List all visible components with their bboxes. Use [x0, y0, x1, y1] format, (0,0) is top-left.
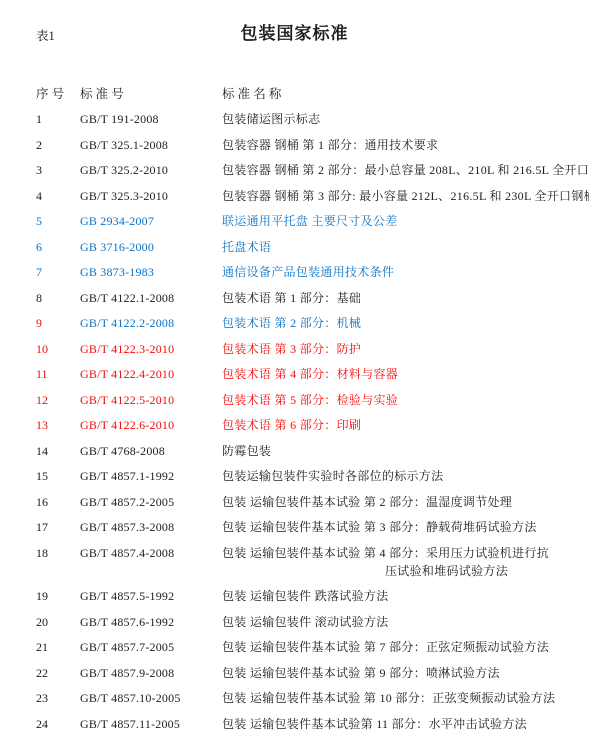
row-name: 包装术语 第 5 部分：检验与实验 [222, 391, 589, 409]
row-code: GB/T 4857.11-2005 [80, 715, 222, 733]
row-index: 8 [36, 289, 80, 307]
table-row: 9 GB/T 4122.2-2008 包装术语 第 2 部分：机械 [36, 314, 589, 332]
row-code: GB/T 4122.3-2010 [80, 340, 222, 358]
table-row: 21 GB/T 4857.7-2005 包装 运输包装件基本试验 第 7 部分：… [36, 638, 589, 656]
row-code: GB 2934-2007 [80, 212, 222, 230]
row-index: 24 [36, 715, 80, 733]
row-index: 2 [36, 136, 80, 154]
row-index: 15 [36, 467, 80, 485]
row-name: 包装 运输包装件基本试验 第 2 部分：温湿度调节处理 [222, 493, 589, 511]
row-code: GB/T 4857.10-2005 [80, 689, 222, 707]
table-row: 12 GB/T 4122.5-2010 包装术语 第 5 部分：检验与实验 [36, 391, 589, 409]
row-name: 联运通用平托盘 主要尺寸及公差 [222, 212, 589, 230]
row-name: 包装容器 钢桶 第 3 部分: 最小容量 212L、216.5L 和 230L … [222, 187, 589, 205]
column-header-code: 标 准 号 [80, 85, 222, 103]
row-name: 包装 运输包装件基本试验 第 10 部分：正弦变频振动试验方法 [222, 689, 589, 707]
page-title: 包装国家标准 [0, 24, 589, 44]
column-header-row: 序 号 标 准 号 标 准 名 称 [36, 85, 583, 103]
row-code: GB 3716-2000 [80, 238, 222, 256]
table-row: 1 GB/T 191-2008 包装储运图示标志 [36, 110, 589, 128]
row-index: 10 [36, 340, 80, 358]
row-name: 包装术语 第 2 部分：机械 [222, 314, 589, 332]
row-code: GB/T 191-2008 [80, 110, 222, 128]
row-code: GB/T 4122.5-2010 [80, 391, 222, 409]
row-code: GB 3873-1983 [80, 263, 222, 281]
row-index: 19 [36, 587, 80, 605]
row-code: GB/T 325.1-2008 [80, 136, 222, 154]
row-name: 通信设备产品包装通用技术条件 [222, 263, 589, 281]
table-row: 16 GB/T 4857.2-2005 包装 运输包装件基本试验 第 2 部分：… [36, 493, 589, 511]
table-row: 22 GB/T 4857.9-2008 包装 运输包装件基本试验 第 9 部分：… [36, 664, 589, 682]
table-row: 18 GB/T 4857.4-2008 包装 运输包装件基本试验 第 4 部分：… [36, 544, 589, 580]
row-name: 包装术语 第 6 部分：印刷 [222, 416, 589, 434]
row-name: 包装容器 钢桶 第 1 部分：通用技术要求 [222, 136, 589, 154]
table-row: 23 GB/T 4857.10-2005 包装 运输包装件基本试验 第 10 部… [36, 689, 589, 707]
row-index: 13 [36, 416, 80, 434]
row-name: 包装储运图示标志 [222, 110, 589, 128]
row-index: 23 [36, 689, 80, 707]
row-index: 22 [36, 664, 80, 682]
row-index: 16 [36, 493, 80, 511]
row-name: 托盘术语 [222, 238, 589, 256]
table-row: 4 GB/T 325.3-2010 包装容器 钢桶 第 3 部分: 最小容量 2… [36, 187, 589, 205]
row-name: 包装 运输包装件 跌落试验方法 [222, 587, 589, 605]
column-header-name: 标 准 名 称 [222, 85, 583, 103]
row-code: GB/T 325.2-2010 [80, 161, 222, 179]
table-row: 14 GB/T 4768-2008 防霉包装 [36, 442, 589, 460]
row-name: 包装容器 钢桶 第 2 部分：最小总容量 208L、210L 和 216.5L … [222, 161, 589, 179]
table-row: 11 GB/T 4122.4-2010 包装术语 第 4 部分：材料与容器 [36, 365, 589, 383]
row-index: 14 [36, 442, 80, 460]
table-row: 8 GB/T 4122.1-2008 包装术语 第 1 部分：基础 [36, 289, 589, 307]
column-header-index: 序 号 [36, 85, 80, 103]
row-index: 20 [36, 613, 80, 631]
row-name: 包装术语 第 1 部分：基础 [222, 289, 589, 307]
document-page: 表1 包装国家标准 序 号 标 准 号 标 准 名 称 1 GB/T 191-2… [0, 0, 589, 748]
row-code: GB/T 4122.4-2010 [80, 365, 222, 383]
row-code: GB/T 4857.5-1992 [80, 587, 222, 605]
row-code: GB/T 4857.4-2008 [80, 544, 222, 562]
row-index: 5 [36, 212, 80, 230]
row-index: 21 [36, 638, 80, 656]
row-code: GB/T 4122.1-2008 [80, 289, 222, 307]
table-row: 5 GB 2934-2007 联运通用平托盘 主要尺寸及公差 [36, 212, 589, 230]
row-name-line2: 压试验和堆码试验方法 [222, 562, 589, 580]
row-name: 包装 运输包装件基本试验 第 7 部分：正弦定频振动试验方法 [222, 638, 589, 656]
standards-table-body: 1 GB/T 191-2008 包装储运图示标志 2 GB/T 325.1-20… [36, 110, 589, 740]
row-name: 包装术语 第 4 部分：材料与容器 [222, 365, 589, 383]
row-code: GB/T 4122.2-2008 [80, 314, 222, 332]
row-index: 4 [36, 187, 80, 205]
row-name: 包装 运输包装件基本试验 第 4 部分：采用压力试验机进行抗压试验和堆码试验方法 [222, 544, 589, 580]
row-name: 包装运输包装件实验时各部位的标示方法 [222, 467, 589, 485]
table-row: 2 GB/T 325.1-2008 包装容器 钢桶 第 1 部分：通用技术要求 [36, 136, 589, 154]
table-row: 3 GB/T 325.2-2010 包装容器 钢桶 第 2 部分：最小总容量 2… [36, 161, 589, 179]
row-code: GB/T 4857.2-2005 [80, 493, 222, 511]
table-row: 10 GB/T 4122.3-2010 包装术语 第 3 部分：防护 [36, 340, 589, 358]
row-index: 11 [36, 365, 80, 383]
row-index: 6 [36, 238, 80, 256]
row-index: 18 [36, 544, 80, 562]
table-row: 20 GB/T 4857.6-1992 包装 运输包装件 滚动试验方法 [36, 613, 589, 631]
row-name: 包装术语 第 3 部分：防护 [222, 340, 589, 358]
row-name: 包装 运输包装件基本试验 第 3 部分：静载荷堆码试验方法 [222, 518, 589, 536]
table-row: 24 GB/T 4857.11-2005 包装 运输包装件基本试验第 11 部分… [36, 715, 589, 733]
row-code: GB/T 4857.6-1992 [80, 613, 222, 631]
table-row: 6 GB 3716-2000 托盘术语 [36, 238, 589, 256]
table-row: 19 GB/T 4857.5-1992 包装 运输包装件 跌落试验方法 [36, 587, 589, 605]
row-index: 17 [36, 518, 80, 536]
row-code: GB/T 4857.9-2008 [80, 664, 222, 682]
table-row: 13 GB/T 4122.6-2010 包装术语 第 6 部分：印刷 [36, 416, 589, 434]
row-index: 9 [36, 314, 80, 332]
row-name: 包装 运输包装件基本试验 第 9 部分：喷淋试验方法 [222, 664, 589, 682]
table-row: 15 GB/T 4857.1-1992 包装运输包装件实验时各部位的标示方法 [36, 467, 589, 485]
row-code: GB/T 4857.3-2008 [80, 518, 222, 536]
row-index: 7 [36, 263, 80, 281]
row-index: 12 [36, 391, 80, 409]
row-index: 1 [36, 110, 80, 128]
row-code: GB/T 4122.6-2010 [80, 416, 222, 434]
row-name: 防霉包装 [222, 442, 589, 460]
row-name: 包装 运输包装件 滚动试验方法 [222, 613, 589, 631]
row-code: GB/T 4768-2008 [80, 442, 222, 460]
row-code: GB/T 4857.7-2005 [80, 638, 222, 656]
table-row: 17 GB/T 4857.3-2008 包装 运输包装件基本试验 第 3 部分：… [36, 518, 589, 536]
row-name: 包装 运输包装件基本试验第 11 部分：水平冲击试验方法 [222, 715, 589, 733]
row-code: GB/T 4857.1-1992 [80, 467, 222, 485]
row-index: 3 [36, 161, 80, 179]
row-code: GB/T 325.3-2010 [80, 187, 222, 205]
table-row: 7 GB 3873-1983 通信设备产品包装通用技术条件 [36, 263, 589, 281]
